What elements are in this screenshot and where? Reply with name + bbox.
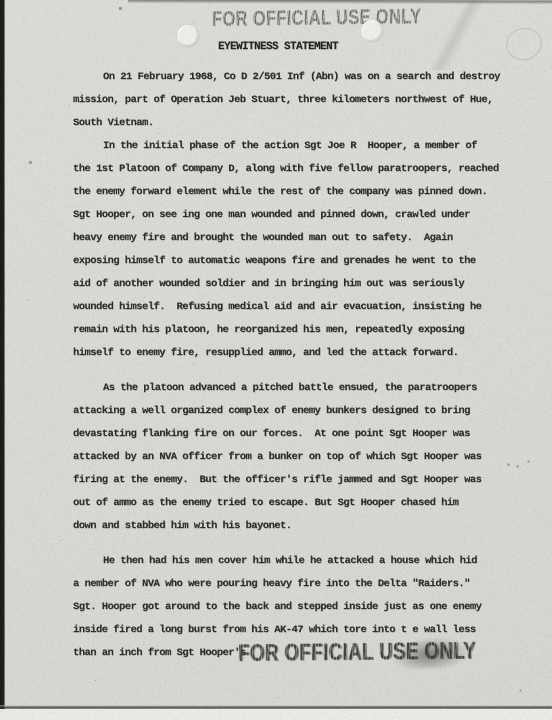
for-official-use-only-stamp-top: FOR OFFICIAL USE ONLY	[212, 5, 422, 32]
text-line: attacking a well organized complex of en…	[73, 400, 513, 423]
scanned-document-page: { "page": { "stamp_top": "FOR OFFICIAL U…	[0, 0, 552, 720]
text-line: Sgt. Hooper got around to the back and s…	[73, 596, 513, 619]
text-line: On 21 February 1968, Co D 2/501 Inf (Abn…	[73, 66, 513, 89]
text-line: South Vietnam.	[73, 112, 513, 135]
text-line: attacked by an NVA officer from a bunker…	[73, 446, 513, 469]
text-line: He then had his men cover him while he a…	[73, 550, 513, 573]
document-body: On 21 February 1968, Co D 2/501 Inf (Abn…	[73, 66, 513, 665]
text-line: remain with his platoon, he reorganized …	[73, 319, 513, 342]
text-line: mission, part of Operation Jeb Stuart, t…	[73, 89, 513, 112]
page-title: EYEWITNESS STATEMENT	[218, 41, 338, 53]
text-line: the 1st Platoon of Company D, along with…	[73, 158, 513, 181]
scanner-background	[0, 709, 552, 720]
text-line: firing at the enemy. But the officer's r…	[73, 469, 513, 492]
text-line: As the platoon advanced a pitched battle…	[73, 377, 513, 400]
scan-edge-left	[0, 0, 5, 709]
text-line: himself to enemy fire, resupplied ammo, …	[73, 342, 513, 365]
text-line: wounded himself. Refusing medical aid an…	[73, 296, 513, 319]
text-line: exposing himself to automatic weapons fi…	[73, 250, 513, 273]
text-line: out of ammo as the enemy tried to escape…	[73, 492, 513, 515]
text-line: heavy enemy fire and brought the wounded…	[73, 227, 513, 250]
text-line: down and stabbed him with his bayonet.	[73, 515, 513, 538]
text-line: In the initial phase of the action Sgt J…	[73, 135, 513, 158]
text-line: Sgt Hooper, on see ing one man wounded a…	[73, 204, 513, 227]
text-line: aid of another wounded soldier and in br…	[73, 273, 513, 296]
hole-punch-left	[177, 25, 199, 47]
hole-punch-right	[361, 20, 383, 42]
stamp-ink-smudge	[386, 637, 476, 669]
text-line: a nember of NVA who were pouring heavy f…	[73, 573, 513, 596]
text-line: devastating flanking fire on our forces.…	[73, 423, 513, 446]
text-line: the enemy forward element while the rest…	[73, 181, 513, 204]
